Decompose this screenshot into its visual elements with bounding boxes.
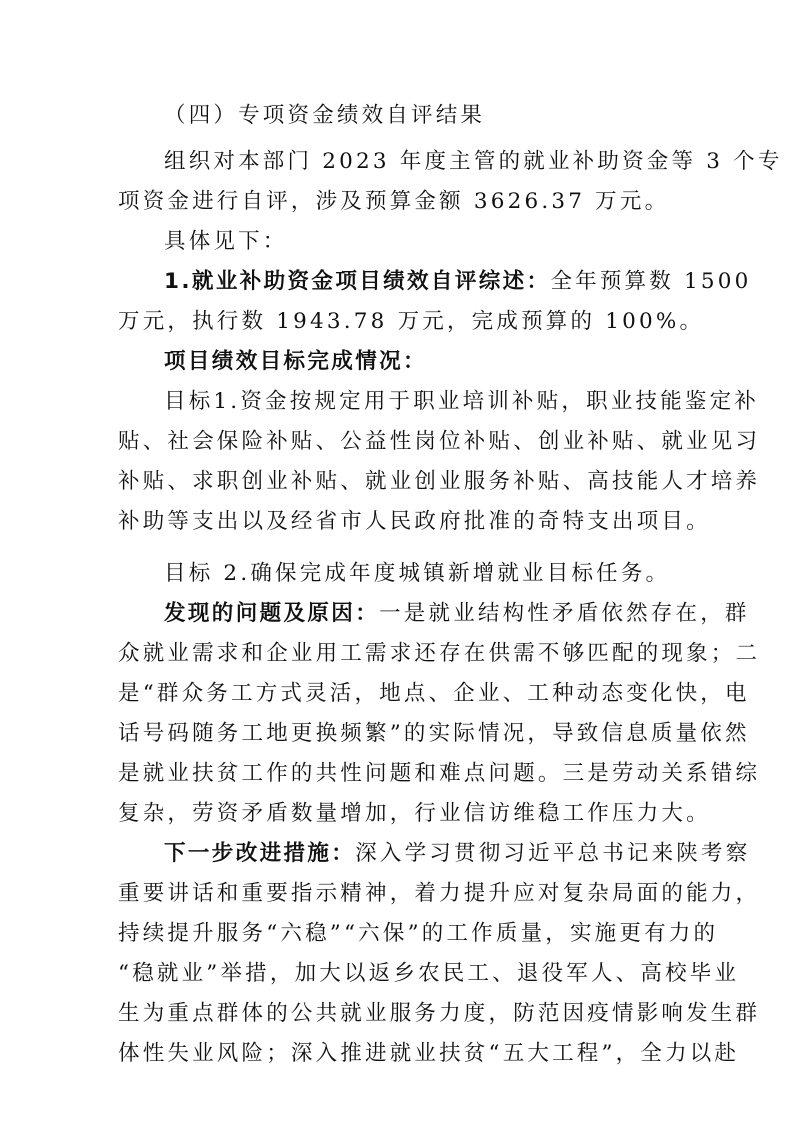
problems-line-2: 众就业需求和企业用工需求还存在供需不够匹配的现象；二 — [118, 634, 674, 674]
goal1-line-3: 补贴、求职创业补贴、就业创业服务补贴、高技能人才培养 — [118, 462, 674, 502]
next-steps-line-2: 重要讲话和重要指示精神，着力提升应对复杂局面的能力， — [118, 874, 674, 914]
next-steps-label: 下一步改进措施： — [164, 841, 355, 866]
problems-line-3: 是“群众务工方式灵活，地点、企业、工种动态变化快，电 — [118, 674, 674, 714]
problems-line-5: 是就业扶贫工作的共性问题和难点问题。三是劳动关系错综 — [118, 754, 674, 794]
item1-summary-line-1: 1.就业补助资金项目绩效自评综述：全年预算数 1500 — [118, 262, 674, 302]
next-steps-line-1: 下一步改进措施：深入学习贯彻习近平总书记来陕考察 — [118, 834, 674, 874]
problems-line-1: 发现的问题及原因：一是就业结构性矛盾依然存在，群 — [118, 594, 674, 634]
next-steps-line-4: “稳就业”举措，加大以返乡农民工、退役军人、高校毕业 — [118, 954, 674, 994]
section-heading: （四）专项资金绩效自评结果 — [118, 96, 674, 136]
intro-paragraph-line-1: 组织对本部门 2023 年度主管的就业补助资金等 3 个专 — [118, 142, 674, 182]
document-page: （四）专项资金绩效自评结果 组织对本部门 2023 年度主管的就业补助资金等 3… — [118, 96, 674, 1074]
goal1-line-1: 目标1.资金按规定用于职业培训补贴，职业技能鉴定补 — [118, 382, 674, 422]
goal1-line-4: 补助等支出以及经省市人民政府批准的奇特支出项目。 — [118, 502, 674, 542]
item1-summary-label: 1.就业补助资金项目绩效自评综述： — [164, 269, 550, 294]
next-steps-text: 深入学习贯彻习近平总书记来陕考察 — [355, 841, 750, 866]
problems-line-4: 话号码随务工地更换频繁”的实际情况，导致信息质量依然 — [118, 714, 674, 754]
goal1-line-2: 贴、社会保险补贴、公益性岗位补贴、创业补贴、就业见习 — [118, 422, 674, 462]
see-below-text: 具体见下： — [118, 222, 674, 262]
next-steps-line-6: 体性失业风险；深入推进就业扶贫“五大工程”，全力以赴 — [118, 1034, 674, 1074]
item1-summary-line-2: 万元，执行数 1943.78 万元，完成预算的 100%。 — [118, 302, 674, 342]
problems-text: 一是就业结构性矛盾依然存在，群 — [379, 601, 750, 626]
goals-heading: 项目绩效目标完成情况： — [118, 342, 674, 382]
problems-label: 发现的问题及原因： — [164, 601, 379, 626]
problems-line-6: 复杂，劳资矛盾数量增加，行业信访维稳工作压力大。 — [118, 794, 674, 834]
next-steps-line-3: 持续提升服务“六稳”“六保”的工作质量，实施更有力的 — [118, 914, 674, 954]
intro-paragraph-line-2: 项资金进行自评，涉及预算金额 3626.37 万元。 — [118, 182, 674, 222]
goal2-text: 目标 2.确保完成年度城镇新增就业目标任务。 — [118, 554, 674, 594]
next-steps-line-5: 生为重点群体的公共就业服务力度，防范因疫情影响发生群 — [118, 994, 674, 1034]
item1-summary-text: 全年预算数 1500 — [550, 269, 751, 294]
